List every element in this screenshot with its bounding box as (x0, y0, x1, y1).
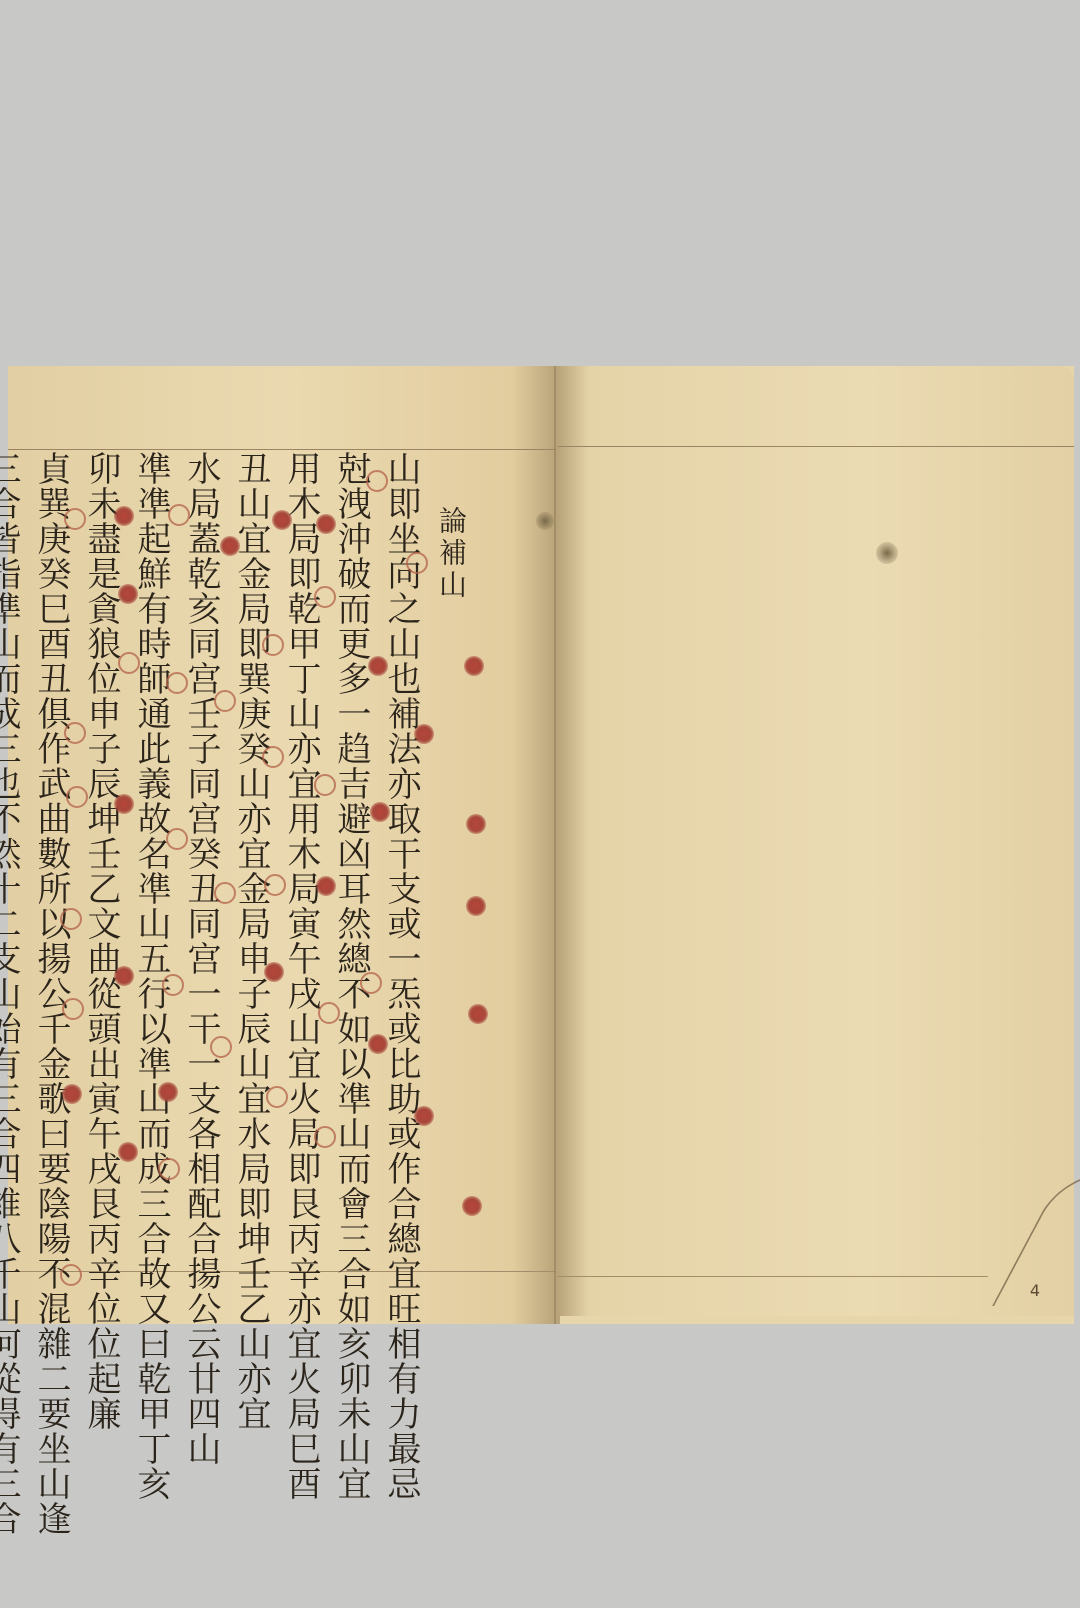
punctuation-ring (60, 908, 82, 930)
open-book: 論補山 山即坐向之山也補法亦取干支或一炁或比助或作合總宜旺相有力最忌 尅洩沖破而… (8, 366, 1074, 1324)
text-column-1: 山即坐向之山也補法亦取干支或一炁或比助或作合總宜旺相有力最忌 (376, 451, 426, 1271)
punctuation-ring (64, 508, 86, 530)
punctuation-ring (264, 874, 286, 896)
punctuation-ring (314, 1126, 336, 1148)
punctuation-ring (62, 998, 84, 1020)
punctuation-ring (360, 972, 382, 994)
text-column-3: 用木局即乾甲丁山亦宜用木局寅午戌山宜火局即艮丙辛亦宜火局巳酉 (276, 451, 326, 1271)
punctuation-mark (114, 966, 134, 986)
punctuation-ring (64, 722, 86, 744)
punctuation-mark (468, 1004, 488, 1024)
punctuation-ring (314, 774, 336, 796)
punctuation-mark (316, 876, 336, 896)
punctuation-mark (220, 536, 240, 556)
punctuation-mark (464, 656, 484, 676)
text-column-4: 丑山宜金局即巽庚癸山亦宜金局申子辰山宜水局即坤壬乙山亦宜 (226, 451, 276, 1271)
punctuation-mark (114, 506, 134, 526)
page-number: 4 (1030, 1281, 1040, 1300)
right-page: 4 (558, 366, 1074, 1316)
text-columns: 論補山 山即坐向之山也補法亦取干支或一炁或比助或作合總宜旺相有力最忌 尅洩沖破而… (20, 451, 476, 1271)
punctuation-ring (162, 974, 184, 996)
punctuation-mark (368, 1034, 388, 1054)
punctuation-mark (158, 1082, 178, 1102)
punctuation-mark (414, 1106, 434, 1126)
punctuation-ring (262, 634, 284, 656)
punctuation-ring (210, 1036, 232, 1058)
punctuation-mark (118, 1142, 138, 1162)
punctuation-mark (264, 962, 284, 982)
text-column-2: 尅洩沖破而更多一趋吉避凶耳然總不如以凖山而會三合如亥卯未山宜 (326, 451, 376, 1271)
bottom-margin-rule (558, 1276, 988, 1277)
punctuation-ring (314, 586, 336, 608)
punctuation-mark (114, 794, 134, 814)
punctuation-mark (316, 514, 336, 534)
text-column-8: 貞巽庚癸巳酉丑俱作武曲數所以揚公千金歌曰要陰陽不混雜二要坐山逢 (26, 451, 76, 1271)
punctuation-mark (466, 814, 486, 834)
punctuation-mark (272, 510, 292, 530)
left-page: 論補山 山即坐向之山也補法亦取干支或一炁或比助或作合總宜旺相有力最忌 尅洩沖破而… (8, 366, 556, 1324)
ink-stain (876, 542, 898, 564)
punctuation-ring (166, 828, 188, 850)
punctuation-ring (168, 504, 190, 526)
punctuation-ring (158, 1158, 180, 1180)
punctuation-ring (214, 690, 236, 712)
punctuation-ring (406, 552, 428, 574)
punctuation-mark (414, 724, 434, 744)
punctuation-mark (370, 802, 390, 822)
punctuation-ring (266, 1086, 288, 1108)
punctuation-ring (214, 882, 236, 904)
punctuation-mark (462, 1196, 482, 1216)
punctuation-mark (466, 896, 486, 916)
section-title: 論補山 (426, 451, 476, 1271)
punctuation-mark (118, 584, 138, 604)
top-margin-rule (558, 446, 1074, 447)
punctuation-ring (366, 470, 388, 492)
punctuation-ring (66, 786, 88, 808)
punctuation-ring (118, 652, 140, 674)
ink-stain (536, 512, 554, 530)
text-column-5: 水局蓋乾亥同宫壬子同宫癸丑同宫一干一支各相配合揚公云廿四山 (176, 451, 226, 1271)
punctuation-ring (166, 672, 188, 694)
text-column-9: 三合皆指凖山而成三也不然十二支山始有三合四維八千山何從得有三合 (0, 451, 26, 1271)
top-margin-rule (8, 449, 556, 450)
punctuation-ring (60, 1264, 82, 1286)
punctuation-ring (262, 746, 284, 768)
punctuation-mark (62, 1084, 82, 1104)
punctuation-mark (368, 656, 388, 676)
punctuation-ring (318, 1002, 340, 1024)
